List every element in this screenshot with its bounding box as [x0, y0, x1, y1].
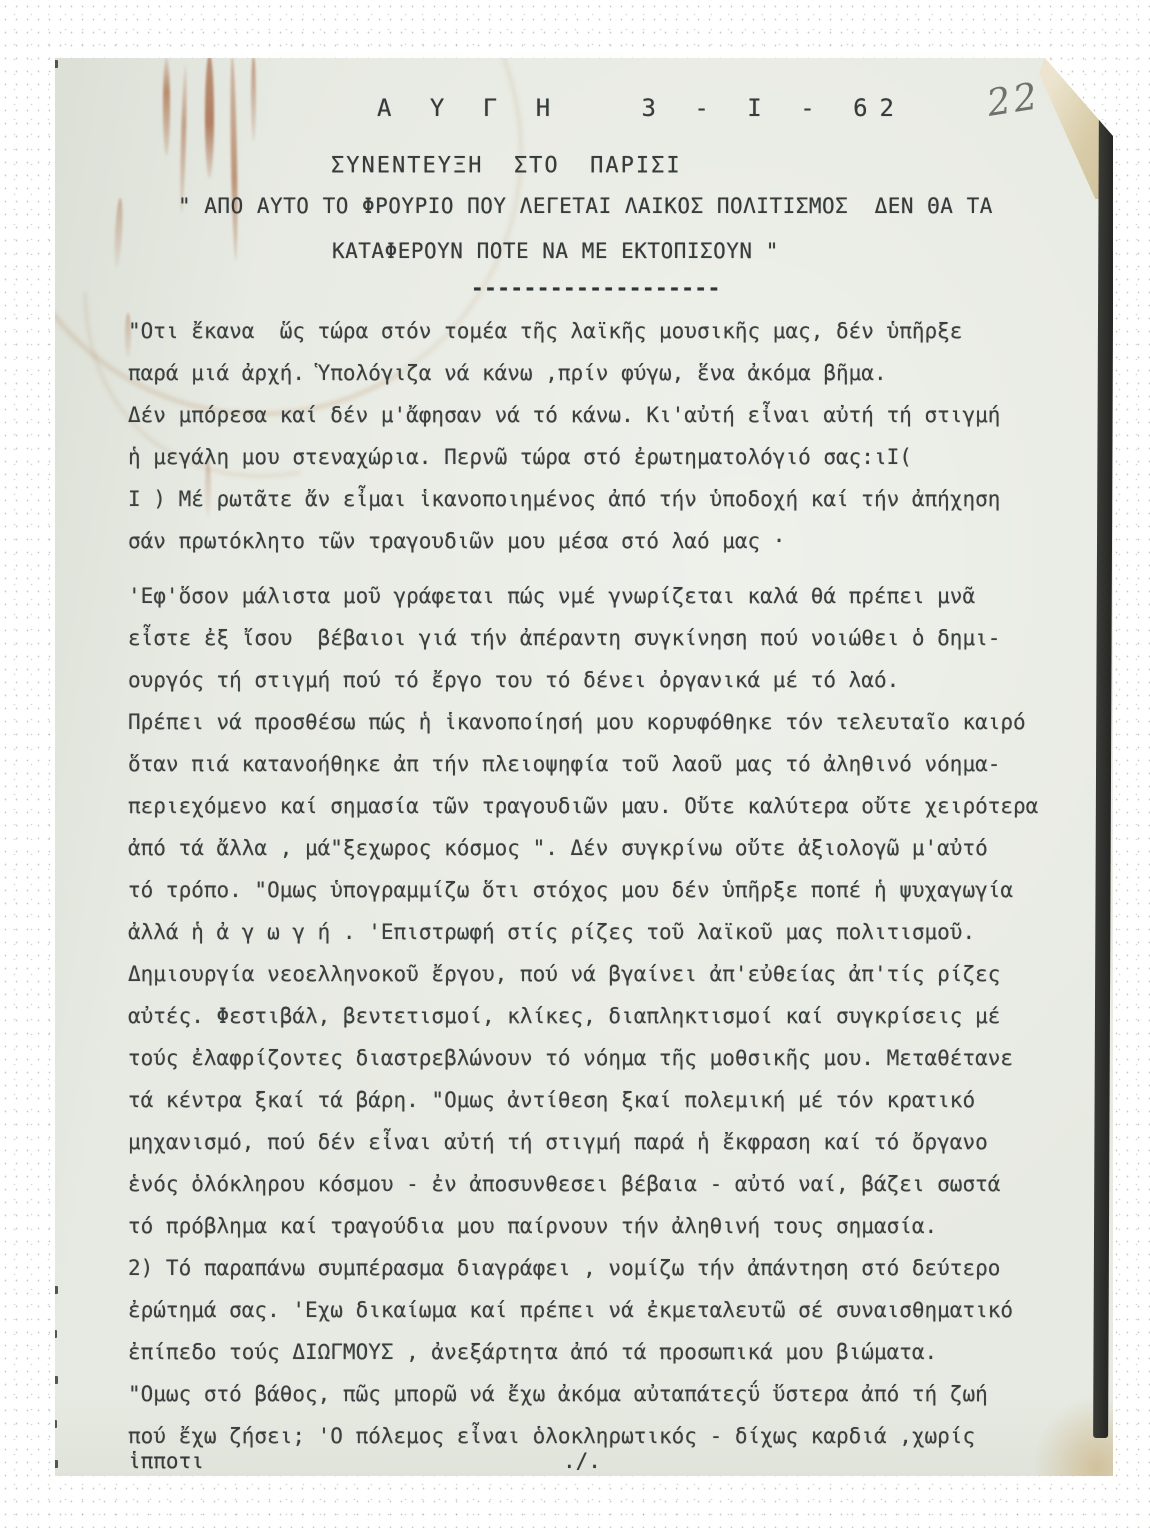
body-line: Δέν μπόρεσα καί δέν μ'ἄφησαν νά τό κάνω.…	[128, 394, 1088, 436]
body-line: τό τρόπο. "Ομως ὑπογραμμίζω ὅτι στόχος μ…	[128, 869, 1088, 911]
body-line: 2) Τό παραπάνω συμπέρασμα διαγράφει , νο…	[128, 1247, 1088, 1289]
footer-word: ἱπποτι	[128, 1446, 204, 1476]
scan-edge-mark	[53, 1460, 58, 1468]
header-quote-line-2: ΚΑΤΑΦΕΡΟΥΝ ΠΟΤΕ ΝΑ ΜΕ ΕΚΤΟΠΙΣΟΥΝ "	[332, 239, 779, 263]
body-line: Δημιουργία νεοελληνοκοῦ ἔργου, πού νά βγ…	[128, 953, 1088, 995]
body-line: ἀπό τά ἄλλα , μά"ξεχωρος κόσμος ". Δέν σ…	[128, 827, 1088, 869]
body-line: παρά μιά ἀρχή. Ὑπολόγιζα νά κάνω ,πρίν φ…	[128, 352, 1088, 394]
body-line: ουργός τή στιγμή πού τό ἔργο του τό δένε…	[128, 659, 1088, 701]
body-line: Ι ) Μέ ρωτᾶτε ἄν εἶμαι ἱκανοποιημένος ἀπ…	[128, 478, 1088, 520]
body-line: εἶστε ἐξ ἴσου βέβαιοι γιά τήν ἀπέραντη σ…	[128, 617, 1088, 659]
body-line: πού ἔχω ζήσει; 'Ο πόλεμος εἶναι ὁλοκληρω…	[128, 1415, 1088, 1457]
scan-edge-mark	[52, 1330, 57, 1338]
page-number-handwritten: 22	[984, 74, 1043, 125]
folded-taped-corner	[1039, 57, 1127, 199]
scan-edge-mark	[52, 1420, 57, 1428]
scan-edge-mark	[53, 1286, 58, 1294]
body-line: περιεχόμενο καί σημασία τῶν τραγουδιῶν μ…	[128, 785, 1088, 827]
stain-drip	[205, 54, 214, 179]
scan-background: { "colors":{ "paper":"#e7eae2", "ink":"#…	[0, 0, 1150, 1528]
body-line: μηχανισμό, πού δέν εἶναι αὐτή τή στιγμή …	[128, 1121, 1088, 1163]
body-line: ἑνός ὁλόκληρου κόσμου - ἐν ἀποσυνθεσει β…	[128, 1163, 1088, 1205]
body-line: 'Εφ'ὅσον μάλιστα μοῦ γράφεται πώς νμέ γν…	[128, 575, 1088, 617]
footer-end-mark: ./.	[563, 1446, 601, 1476]
right-edge-scan-band	[1093, 116, 1114, 1438]
header-subtitle: ΣΥΝΕΝΤΕΥΞΗ ΣΤΟ ΠΑΡΙΣΙ	[331, 153, 682, 178]
body-line: ὅταν πιά κατανοήθηκε ἀπ τήν πλειοψηφία τ…	[128, 743, 1088, 785]
body-line: "Ομως στό βάθος, πῶς μπορῶ νά ἔχω ἀκόμα …	[128, 1373, 1088, 1415]
body-line: τό πρόβλημα καί τραγούδια μου παίρνουν τ…	[128, 1205, 1088, 1247]
stain-drip	[163, 56, 170, 156]
scan-edge-mark	[53, 60, 58, 68]
scan-edge-mark	[53, 1376, 58, 1384]
body-line: σάν πρωτόκλητο τῶν τραγουδιῶν μου μέσα σ…	[128, 520, 1088, 562]
body-line: ἡ μεγάλη μου στεναχώρια. Περνῶ τώρα στό …	[128, 436, 1088, 478]
body-line: ἀλλά ἡ ἀ γ ω γ ή . 'Επιστρωφή στίς ρίζες…	[128, 911, 1088, 953]
body-line: "Οτι ἔκανα ὥς τώρα στόν τομέα τῆς λαϊκῆς…	[128, 310, 1088, 352]
header-publication-date: Α Υ Γ Η 3 - Ι - 62	[377, 94, 906, 122]
body-line: ἐπίπεδο τούς ΔΙΩΓΜΟΥΣ , ἀνεξάρτητα ἀπό τ…	[128, 1331, 1088, 1373]
header-quote-line-1: " ΑΠΟ ΑΥΤΟ ΤΟ ΦΡΟΥΡΙΟ ΠΟΥ ΛΕΓΕΤΑΙ ΛΑΙΚΟΣ…	[178, 194, 993, 218]
body-line: τά κέντρα ξκαί τά βάρη. "Ομως ἀντίθεση ξ…	[128, 1079, 1088, 1121]
paper-page: 22 Α Υ Γ Η 3 - Ι - 62 ΣΥΝΕΝΤΕΥΞΗ ΣΤΟ ΠΑΡ…	[55, 58, 1113, 1476]
body-line: Πρέπει νά προσθέσω πώς ἡ ἱκανοποίησή μου…	[128, 701, 1088, 743]
body-line: αὐτές. Φεστιβάλ, βεντετισμοί, κλίκες, δι…	[128, 995, 1088, 1037]
separator-line: -------------------	[471, 276, 721, 300]
stain-drip	[251, 56, 256, 141]
body-text: "Οτι ἔκανα ὥς τώρα στόν τομέα τῆς λαϊκῆς…	[128, 310, 1088, 1457]
body-line: ἐρώτημά σας. 'Εχω δικαίωμα καί πρέπει νά…	[128, 1289, 1088, 1331]
body-line: τούς ἐλαφρίζοντες διαστρεβλώνουν τό νόημ…	[128, 1037, 1088, 1079]
